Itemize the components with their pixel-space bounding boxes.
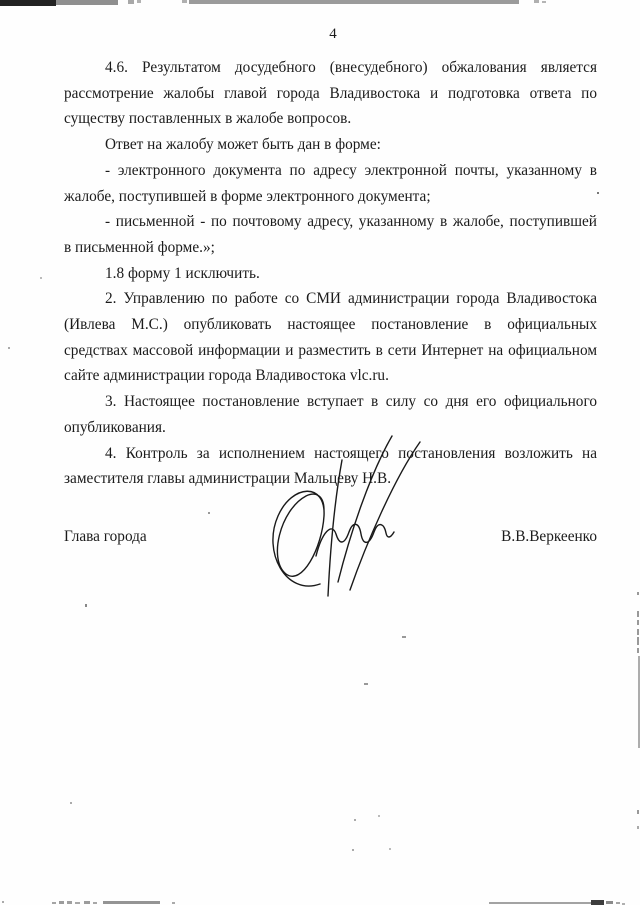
scan-artifact bbox=[103, 901, 160, 904]
signatory-title: Глава города bbox=[64, 528, 147, 546]
scan-artifact bbox=[52, 902, 56, 904]
scan-artifact bbox=[59, 901, 64, 904]
scan-artifact bbox=[616, 902, 620, 904]
scan-artifact bbox=[637, 637, 639, 645]
scan-artifact bbox=[137, 0, 141, 3]
scan-artifact bbox=[208, 512, 210, 514]
scan-artifact bbox=[189, 0, 519, 4]
body-line: Ответ на жалобу может быть дан в форме: bbox=[64, 132, 597, 158]
scan-artifact bbox=[637, 826, 639, 829]
body-line: 2. Управлению по работе со СМИ администр… bbox=[64, 286, 597, 312]
body-line: средствах массовой информации и размести… bbox=[64, 338, 597, 364]
scan-artifact bbox=[84, 901, 90, 904]
scan-artifact bbox=[637, 648, 639, 653]
scan-artifact bbox=[8, 347, 10, 349]
body-line: жалобе, поступившей в форме электронного… bbox=[64, 184, 597, 210]
scan-artifact bbox=[128, 0, 134, 4]
scan-artifact bbox=[638, 656, 640, 748]
scan-artifact bbox=[172, 902, 175, 904]
scan-artifact bbox=[489, 902, 591, 904]
body-line: существу поставленных в жалобе вопросов. bbox=[64, 106, 597, 132]
signatory-name: В.В.Веркеенко bbox=[501, 528, 597, 546]
body-line: сайте администрации города Владивостока … bbox=[64, 363, 597, 389]
scan-artifact bbox=[85, 604, 87, 607]
body-line: рассмотрение жалобы главой города Владив… bbox=[64, 81, 597, 107]
page-number: 4 bbox=[26, 26, 640, 43]
scan-artifact bbox=[378, 815, 380, 817]
scan-artifact bbox=[637, 620, 639, 625]
body-line: (Ивлева М.С.) опубликовать настоящее пос… bbox=[64, 312, 597, 338]
scan-artifact bbox=[637, 611, 639, 617]
scan-artifact bbox=[637, 629, 639, 635]
scan-artifact bbox=[2, 901, 4, 903]
scan-artifact bbox=[542, 1, 546, 3]
scan-artifact bbox=[182, 0, 187, 3]
scan-artifact bbox=[591, 900, 604, 905]
scan-artifact bbox=[597, 192, 599, 194]
scan-artifact bbox=[389, 848, 391, 850]
scan-artifact bbox=[637, 810, 639, 814]
scan-artifact bbox=[67, 901, 72, 904]
scan-artifact bbox=[75, 902, 80, 904]
scan-artifact bbox=[637, 592, 639, 595]
scan-artifact bbox=[56, 0, 118, 5]
body-line: 1.8 форму 1 исключить. bbox=[64, 261, 597, 287]
scan-artifact bbox=[0, 0, 56, 6]
handwritten-signature-icon bbox=[258, 424, 443, 599]
scan-artifact bbox=[352, 849, 354, 851]
scan-artifact bbox=[402, 636, 406, 638]
body-line: - электронного документа по адресу элект… bbox=[64, 158, 597, 184]
scan-artifact bbox=[354, 819, 356, 821]
scan-artifact bbox=[70, 802, 72, 804]
body-line: 4.6. Результатом досудебного (внесудебно… bbox=[64, 55, 597, 81]
scan-artifact bbox=[606, 901, 613, 904]
scan-artifact bbox=[364, 683, 368, 685]
scan-artifact bbox=[93, 902, 97, 904]
body-line: в письменной форме.»; bbox=[64, 235, 597, 261]
scan-artifact bbox=[40, 277, 42, 279]
body-line: 3. Настоящее постановление вступает в си… bbox=[64, 389, 597, 415]
body-line: - письменной - по почтовому адресу, указ… bbox=[64, 209, 597, 235]
scan-artifact bbox=[534, 0, 539, 3]
